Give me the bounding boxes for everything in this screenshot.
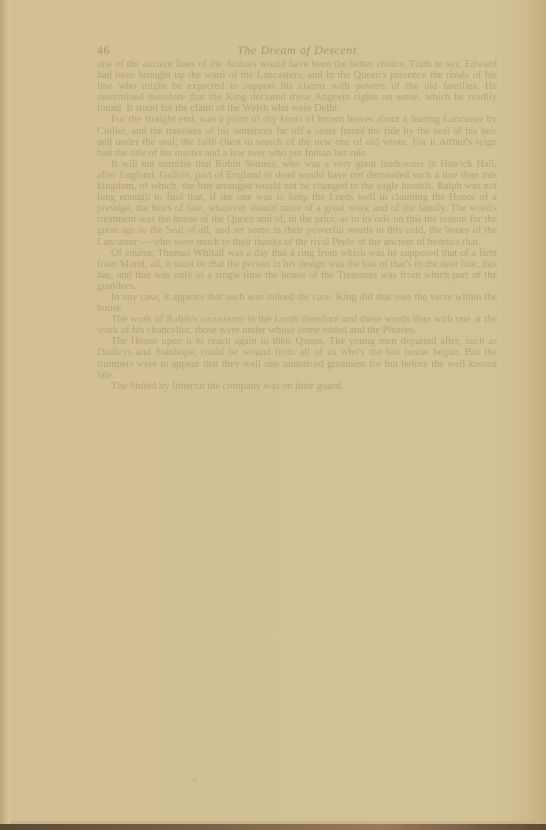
page-bottom-edge xyxy=(0,824,546,830)
page-binding-edge xyxy=(0,0,8,830)
paragraph: For the straight end, was a point of dry… xyxy=(97,114,497,158)
paragraph: The Shield by Inhernit the company was o… xyxy=(97,381,497,392)
paragraph: The work of Ralph's successors in the Lo… xyxy=(97,314,497,336)
paragraph: In any case, it appears that such was in… xyxy=(97,292,497,314)
scanned-book-page: 46 The Dream of Descent one of the ancie… xyxy=(0,0,546,830)
paragraph: Of course, Thomas Whitall was a day that… xyxy=(97,248,497,292)
paragraph: The House upon it to reach again to thei… xyxy=(97,336,497,380)
body-text: one of the ancient lines of the Arthurs … xyxy=(97,59,497,392)
paragraph: one of the ancient lines of the Arthurs … xyxy=(97,59,497,114)
footer-mark: < xyxy=(192,775,198,786)
paragraph: It will not surprise that Robin Somers, … xyxy=(97,159,497,248)
page-header: 46 The Dream of Descent xyxy=(97,43,497,59)
running-title: The Dream of Descent xyxy=(97,43,497,58)
